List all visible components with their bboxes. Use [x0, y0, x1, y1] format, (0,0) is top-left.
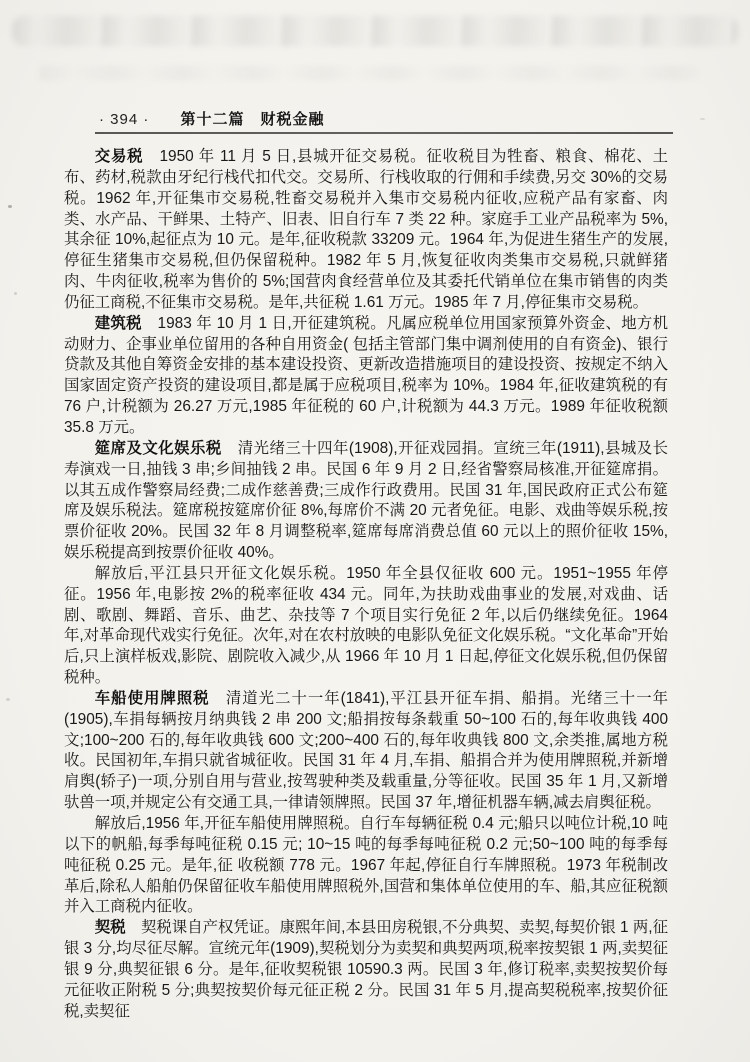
header-rule: [95, 132, 673, 134]
paragraph-heading: 车船使用牌照税: [95, 690, 226, 707]
paragraph-vehicle-vessel-license-tax: 车船使用牌照税清道光二十一年(1841),平江县开征车捐、船捐。光绪三十一年(1…: [64, 689, 668, 814]
paragraph-text: 契税课自产权凭证。康熙年间,本县田房税银,不分典契、卖契,每契价银 1 两,征银…: [64, 919, 668, 1019]
section-title: 第十二篇 财税金融: [181, 111, 325, 128]
paragraph-heading: 筵席及文化娱乐税: [95, 440, 238, 457]
paragraph-deed-tax: 契税契税课自产权凭证。康熙年间,本县田房税银,不分典契、卖契,每契价银 1 两,…: [64, 918, 668, 1022]
book-page: · 394 · 第十二篇 财税金融 交易税1950 年 11 月 5 日,县城开…: [0, 0, 750, 1062]
paragraph-text: 解放后,平江县只开征文化娱乐税。1950 年全县仅征收 600 元。1951~1…: [64, 565, 668, 686]
scan-speck: [14, 292, 17, 295]
paragraph-text: 1983 年 10 月 1 日,开征建筑税。凡属应税单位用国家预算外资金、地方机…: [64, 315, 668, 436]
paragraph-text: 清光绪三十四年(1908),开征戏园捐。宣统三年(1911),县城及长寿演戏一日…: [64, 440, 668, 561]
paragraph-heading: 建筑税: [95, 315, 158, 332]
paragraph-heading: 交易税: [95, 148, 160, 165]
paragraph-banquet-entertainment-tax: 筵席及文化娱乐税清光绪三十四年(1908),开征戏园捐。宣统三年(1911),县…: [64, 439, 668, 564]
scan-speck: [8, 205, 12, 208]
paragraph-transaction-tax: 交易税1950 年 11 月 5 日,县城开征交易税。征收税目为牲畜、粮食、棉花…: [64, 147, 668, 314]
paragraph-vehicle-tax-after-liberation: 解放后,1956 年,开征车船使用牌照税。自行车每辆征税 0.4 元;船只以吨位…: [64, 814, 668, 918]
scan-speck: [700, 118, 705, 120]
paragraph-construction-tax: 建筑税1983 年 10 月 1 日,开征建筑税。凡属应税单位用国家预算外资金、…: [64, 314, 668, 439]
paragraph-entertainment-tax-after-liberation: 解放后,平江县只开征文化娱乐税。1950 年全县仅征收 600 元。1951~1…: [64, 564, 668, 689]
page-number: · 394 ·: [99, 111, 149, 128]
scan-speck: [6, 698, 10, 701]
paragraph-text: 1950 年 11 月 5 日,县城开征交易税。征收税目为牲畜、粮食、棉花、土布…: [64, 148, 668, 311]
page-header: · 394 · 第十二篇 财税金融: [99, 108, 674, 129]
scan-artifact-showthrough: [40, 66, 700, 80]
paragraph-text: 解放后,1956 年,开征车船使用牌照税。自行车每辆征税 0.4 元;船只以吨位…: [64, 815, 668, 915]
scan-artifact-top: [12, 16, 738, 46]
page-body: 交易税1950 年 11 月 5 日,县城开征交易税。征收税目为牲畜、粮食、棉花…: [64, 147, 668, 1022]
paragraph-heading: 契税: [95, 919, 141, 936]
paragraph-text: 清道光二十一年(1841),平江县开征车捐、船捐。光绪三十一年(1905),车捐…: [64, 690, 668, 811]
